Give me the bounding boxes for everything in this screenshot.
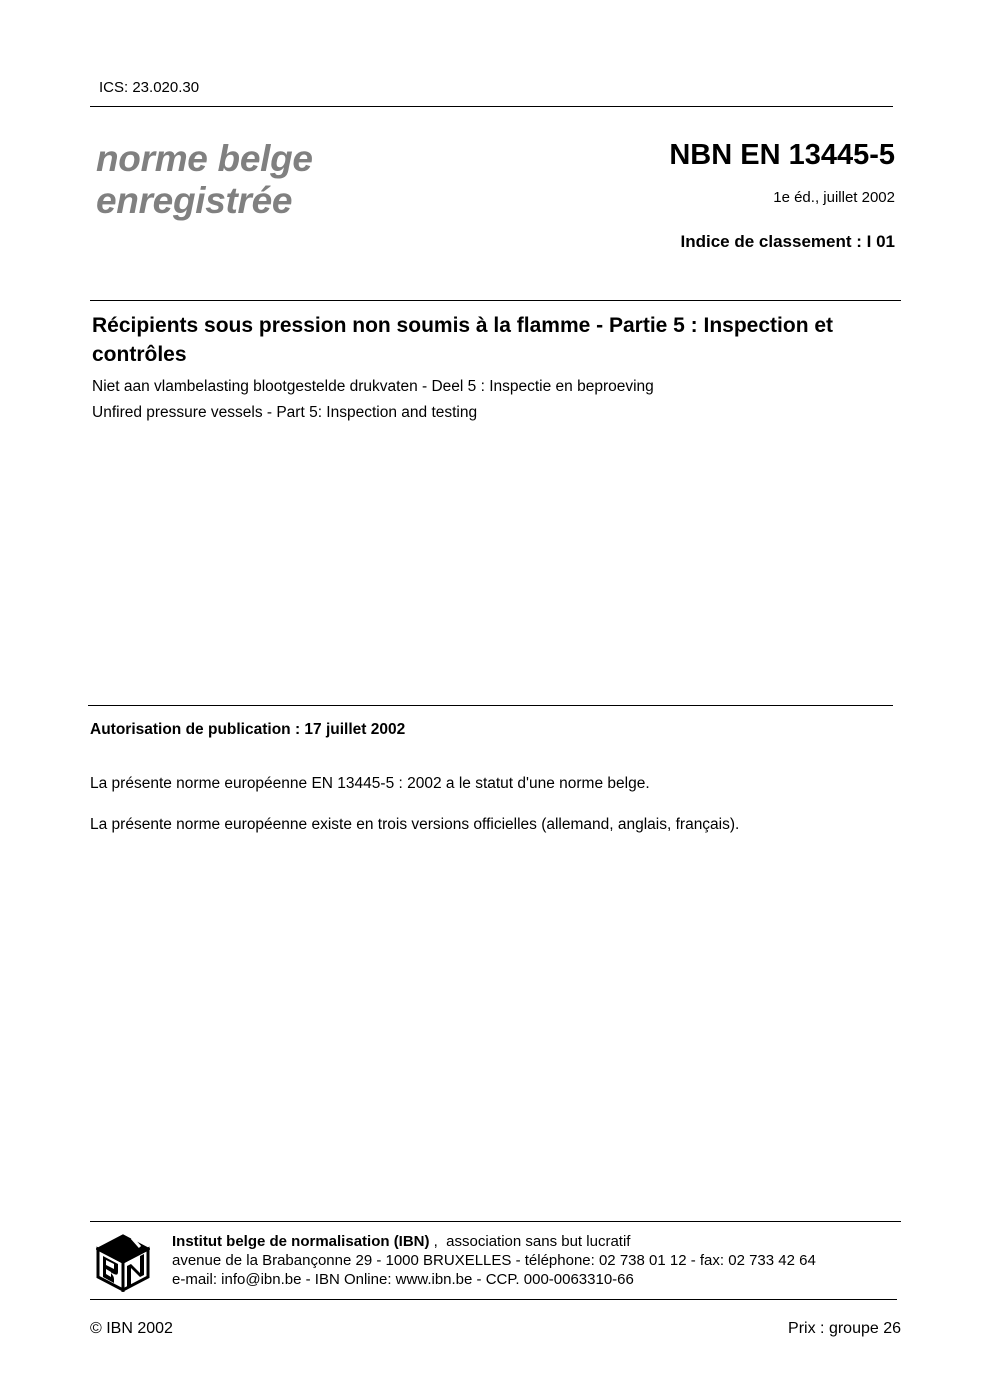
title-english: Unfired pressure vessels - Part 5: Inspe… <box>92 404 477 422</box>
top-divider <box>90 106 893 107</box>
edition-date: 1e éd., juillet 2002 <box>773 189 895 206</box>
versions-statement: La présente norme européenne existe en t… <box>90 816 739 834</box>
institute-name-line: Institut belge de normalisation (IBN) , … <box>172 1233 630 1250</box>
brand-line-2: enregistrée <box>96 180 313 222</box>
institute-contact: e-mail: info@ibn.be - IBN Online: www.ib… <box>172 1271 634 1288</box>
title-dutch: Niet aan vlambelasting blootgestelde dru… <box>92 378 654 396</box>
institute-top-divider <box>90 1221 901 1222</box>
brand-label: norme belge enregistrée <box>96 138 313 222</box>
body-divider <box>88 705 893 706</box>
institute-name: Institut belge de normalisation (IBN) <box>172 1233 430 1250</box>
ibn-cube-logo-icon <box>96 1234 150 1292</box>
price-group: Prix : groupe 26 <box>788 1320 901 1338</box>
status-statement: La présente norme européenne EN 13445-5 … <box>90 775 650 793</box>
brand-line-1: norme belge <box>96 138 313 180</box>
publication-authorization: Autorisation de publication : 17 juillet… <box>90 721 405 739</box>
institute-type: , association sans but lucratif <box>430 1233 631 1250</box>
institute-address: avenue de la Brabançonne 29 - 1000 BRUXE… <box>172 1252 816 1269</box>
title-french: Récipients sous pression non soumis à la… <box>92 311 902 369</box>
title-divider <box>90 300 901 301</box>
standard-number: NBN EN 13445-5 <box>669 139 895 172</box>
classification-index: Indice de classement : I 01 <box>681 232 895 252</box>
institute-bottom-divider <box>90 1299 897 1300</box>
ics-code: ICS: 23.020.30 <box>99 79 199 96</box>
copyright: © IBN 2002 <box>90 1320 173 1338</box>
